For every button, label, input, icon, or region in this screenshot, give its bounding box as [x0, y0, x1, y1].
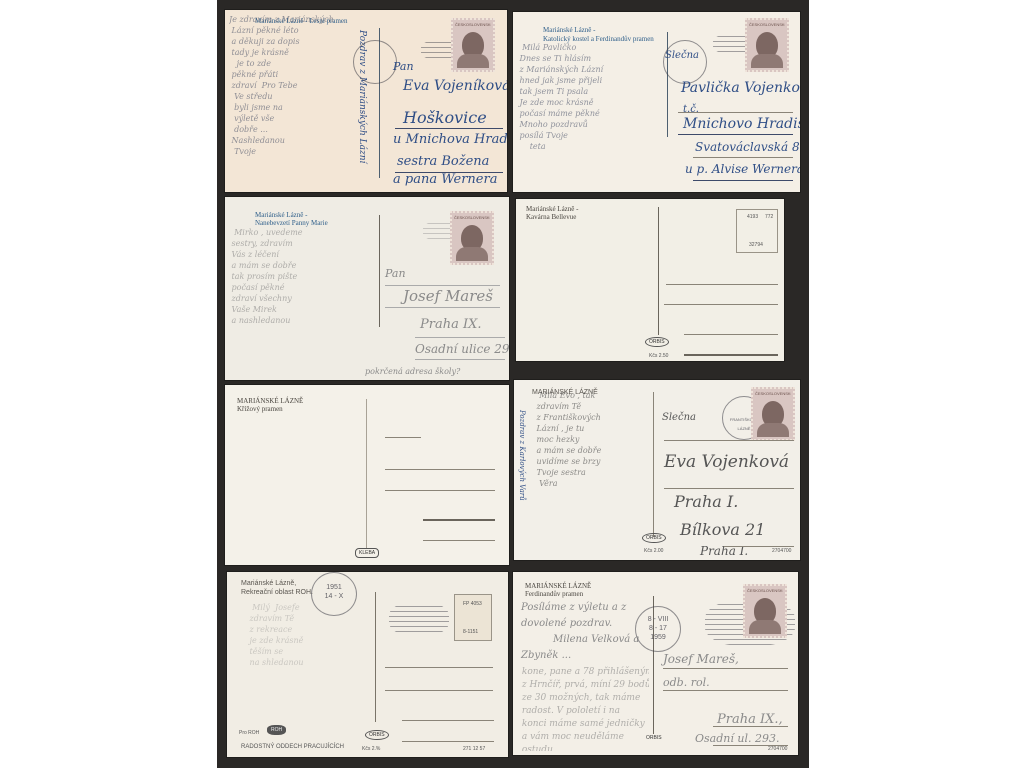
postage-stamp: ČESKOSLOVENSKO [743, 584, 787, 638]
postage-stamp: ČESKOSLOVENSKO [450, 211, 494, 265]
address-line-4: Osadní ul. 293. [695, 732, 779, 745]
address-line-4: Bílkova 21 [680, 520, 765, 539]
postage-stamp: ČESKOSLOVENSKO [745, 18, 789, 72]
postcard-2: Mariánské Lázně - Katolický kostel a Fer… [513, 12, 800, 192]
address-line-2: Eva Vojeníková [403, 78, 507, 94]
address-line-4: Mnichovo Hradiště [683, 116, 800, 132]
card-caption-line-1: Mariánské Lázně, [241, 579, 296, 588]
address-divider [658, 207, 659, 335]
footer-note: pokrčená adresa školy? [365, 367, 460, 376]
stamp-box: 4193 772 32794 [736, 209, 778, 253]
address-line-3: Praha IX., [717, 712, 783, 727]
message-line-1: Posíláme z výletu a z [521, 602, 626, 613]
price: Kčs 2.% [362, 746, 380, 752]
postcard-7: Mariánské Lázně, Rekreační oblast ROH. M… [227, 572, 508, 757]
handwritten-message: Milá Pavličko Dnes se Ti hlásím z Marián… [517, 42, 667, 192]
slogan: RADOSTNÝ ODDECH PRACUJÍCÍCH [241, 744, 344, 750]
card-caption-line-2: Ferdinandův pramen [525, 590, 583, 599]
price: Kčs 2.50 [649, 353, 668, 359]
publisher-logo: ORBIS [645, 337, 669, 347]
card-code: 271 12 57 [463, 746, 485, 752]
address-line-2: odb. rol. [663, 676, 710, 689]
postcard-8: MARIÁNSKÉ LÁZNĚ Ferdinandův pramen Posíl… [513, 572, 798, 755]
card-caption-line-2: Rekreační oblast ROH. [241, 588, 313, 597]
address-line-4: u Mnichova Hradiště [393, 132, 507, 147]
address-divider [653, 392, 654, 537]
side-note: Pozdrav z Karlových Varů [518, 410, 526, 501]
address-line-4: Osadní ulice 293 [415, 342, 509, 356]
publisher-line: Pro ROH [239, 730, 259, 736]
postage-stamp: ČESKOSLOVENSKO [451, 18, 495, 72]
address-line-1: Slečna [662, 412, 696, 423]
handwritten-message: Milá Evo , tak zdravím Tě z Františkovýc… [534, 390, 654, 555]
postcard-4: Mariánské Lázně - Kavárna Bellevue 4193 … [516, 199, 784, 361]
postcard-6: MARIÁNSKÉ LÁZNĚ Pozdrav z Karlových Varů… [514, 380, 800, 560]
address-divider [379, 215, 380, 327]
price: Kčs 2.00 [644, 548, 663, 554]
postcard-3: Mariánské Lázně - Nanebevzetí Panny Mari… [225, 197, 509, 380]
address-line-3: t.č. [683, 104, 699, 115]
publisher-logo: ORBIS [643, 734, 665, 742]
address-line-2: Eva Vojenková [664, 452, 789, 472]
card-code: 2704700 [772, 548, 791, 554]
address-line-1: Slečna [665, 50, 699, 61]
postmark: 195114 - X [311, 572, 357, 616]
address-line-6: a pana Wernera [393, 172, 497, 187]
address-line-2: Pavlička Vojenková [681, 80, 800, 96]
address-line-3: Hoškovice [403, 108, 487, 127]
machine-cancel [389, 602, 449, 636]
address-line-6: u p. Alvise Wernera [685, 162, 800, 176]
address-line-2: Josef Mareš [403, 287, 493, 305]
postmark [353, 40, 397, 84]
message-line-2: dovolené pozdrav. [521, 618, 612, 629]
address-divider [366, 399, 367, 549]
publisher-logo: ORBIS [365, 730, 389, 740]
publisher-logo: ORBIS [642, 533, 666, 543]
publisher-logo: KLEBA [355, 548, 379, 558]
roh-logo: ROH [267, 725, 286, 735]
address-line-3: Praha I. [674, 492, 738, 511]
card-caption-line-2: Křížový pramen [237, 405, 283, 414]
address-line-5: Svatováclavská 871 [695, 140, 800, 154]
handwritten-message: kone, pane a 78 přihlášenými z Hrnčíř, p… [519, 666, 649, 751]
postmark: 8 - VIII8 - 171959 [635, 606, 681, 652]
postcard-1: Mariánské Lázně - Lesní pramen Je zdraví… [225, 10, 507, 192]
card-caption-line-1: Mariánské Lázně - [543, 26, 595, 35]
message-line-4: Zbyněk ... [521, 650, 571, 661]
address-line-5: sestra Božena [397, 154, 489, 169]
address-line-1: Pan [385, 267, 406, 280]
postage-stamp: ČESKOSLOVENSKO [751, 387, 795, 441]
stamp-box: FP 4053 8-1151 [454, 594, 492, 641]
card-caption-line-2: Kavárna Bellevue [526, 213, 576, 222]
address-line-3: Praha IX. [420, 317, 482, 332]
address-divider [375, 592, 376, 722]
message-line-3: Milena Velková a [553, 634, 639, 645]
handwritten-message: Mirko , uvedeme sestry, zdravím Vás z lé… [229, 227, 379, 377]
address-line-1: Josef Mareš, [663, 652, 739, 666]
card-code: 2704700 [768, 746, 787, 752]
postmark [663, 40, 707, 84]
postcard-5: MARIÁNSKÉ LÁZNĚ Křížový pramen KLEBA [225, 385, 509, 565]
address-line-1: Pan [393, 60, 414, 73]
faint-handwritten-message: Milý Josefe zdravím Tě z rekreace je zde… [247, 602, 367, 712]
